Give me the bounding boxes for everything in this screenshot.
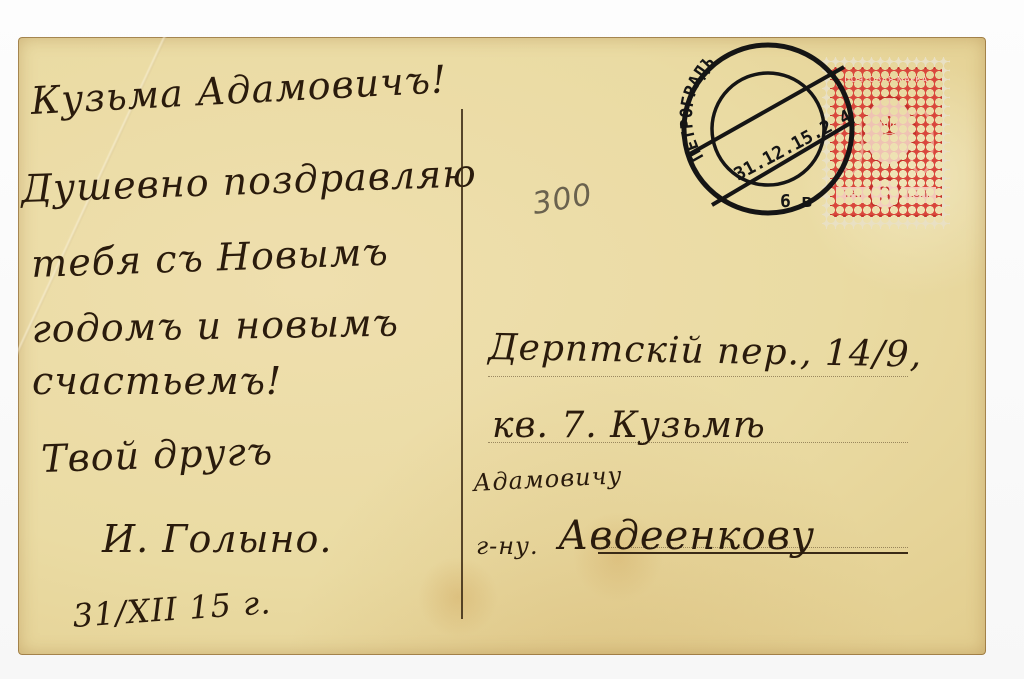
address-prefix: г-ну. bbox=[476, 532, 539, 560]
address-line-1: Дерптскій пер., 14/9, bbox=[488, 327, 923, 376]
center-divider-line bbox=[461, 109, 463, 619]
address-rule-1 bbox=[488, 376, 908, 377]
postmark-code: 6 в bbox=[780, 191, 813, 212]
pencil-note: 300 bbox=[530, 177, 595, 222]
postage-stamp: ПОЧТОВАЯ МАРКА ♛ ТРИ КОП. 3 bbox=[822, 57, 950, 229]
stamp-header: ПОЧТОВАЯ МАРКА bbox=[842, 73, 930, 87]
stamp-word-left: ТРИ bbox=[844, 189, 862, 201]
stamp-value: 3 bbox=[868, 177, 902, 211]
message-line-4: годомъ и новымъ bbox=[31, 301, 399, 351]
address-line-2: кв. 7. Кузьмѣ bbox=[492, 405, 766, 446]
message-line-2: Душевно поздравляю bbox=[20, 151, 477, 211]
message-signature: И. Голыно. bbox=[102, 517, 332, 561]
scan-background: Кузьма Адамовичъ! Душевно поздравляю теб… bbox=[0, 0, 1024, 679]
message-line-1: Кузьма Адамовичъ! bbox=[30, 57, 449, 123]
address-line-4: Авдеенкову bbox=[558, 513, 815, 559]
stamp-design: ПОЧТОВАЯ МАРКА ♛ ТРИ КОП. 3 bbox=[830, 67, 942, 217]
stamp-word-right: КОП. bbox=[907, 189, 930, 201]
message-date: 31/XII 15 г. bbox=[71, 583, 272, 635]
eagle-icon: ♛ bbox=[865, 112, 913, 142]
stamp-oval: ♛ bbox=[862, 95, 916, 167]
message-closing: Твой другъ bbox=[40, 429, 273, 481]
stamp-ornament-left bbox=[838, 109, 864, 175]
message-line-3: тебя съ Новымъ bbox=[30, 230, 389, 286]
postmark-city: ПЕТРОГРАДЪ bbox=[677, 53, 719, 165]
postcard: Кузьма Адамовичъ! Душевно поздравляю теб… bbox=[18, 37, 986, 655]
address-line-3: Адамовичу bbox=[473, 461, 624, 497]
message-line-5: счастьемъ! bbox=[32, 359, 282, 403]
